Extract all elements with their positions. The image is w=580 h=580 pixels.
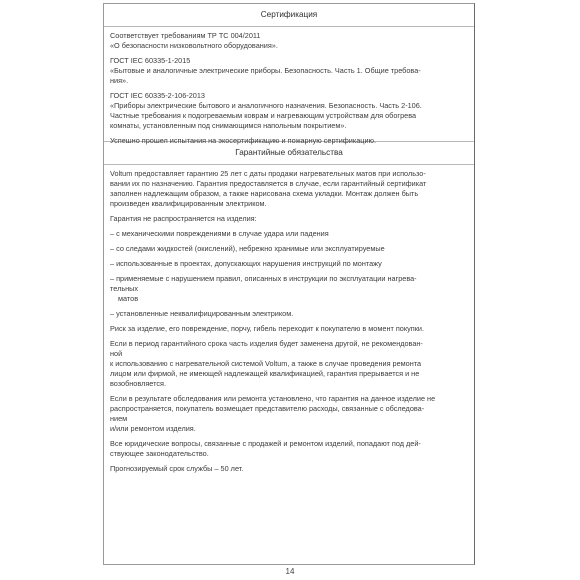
text-line: Если в период гарантийного срока часть и… — [110, 339, 468, 349]
text-line: ния». — [110, 76, 468, 86]
text-line: Частные требования к подогреваемым ковра… — [110, 111, 468, 121]
text-line: матов — [110, 294, 468, 304]
certification-heading: Сертификация — [104, 4, 474, 27]
text-line: возобновляется. — [110, 379, 468, 389]
exclusion-item: – со следами жидкостей (окислений), небр… — [110, 244, 468, 254]
exclusions-heading: Гарантия не распространяется на изделия: — [110, 214, 468, 224]
text-line: и/или ремонтом изделия. — [110, 424, 468, 434]
text-line: Все юридические вопросы, связанные с про… — [110, 439, 468, 449]
text-line: комнаты, установленным под снимающимся н… — [110, 121, 468, 131]
text-line: распространяется, покупатель возмещает п… — [110, 404, 468, 414]
exclusion-item: – с механическими повреждениями в случае… — [110, 229, 468, 239]
text-line: ГОСТ IEC 60335-1-2015 — [110, 56, 468, 66]
legal-paragraph: Все юридические вопросы, связанные с про… — [110, 439, 468, 459]
certification-body: Соответствует требованиям ТР ТС 004/2011… — [104, 27, 474, 141]
text-line: к использованию с нагревательной системо… — [110, 359, 468, 369]
text-line: Соответствует требованиям ТР ТС 004/2011 — [110, 31, 468, 41]
text-line: тельных — [110, 284, 468, 294]
warranty-intro: Voltum предоставляет гарантию 25 лет с д… — [110, 169, 468, 209]
exclusion-item: – применяемые с нарушением правил, описа… — [110, 274, 468, 304]
warranty-body: Voltum предоставляет гарантию 25 лет с д… — [104, 165, 474, 485]
text-line: Гарантия не распространяется на изделия: — [110, 214, 468, 224]
inspection-paragraph: Если в результате обследования или ремон… — [110, 394, 468, 434]
text-line: Прогнозируемый срок службы – 50 лет. — [110, 464, 468, 474]
replacement-paragraph: Если в период гарантийного срока часть и… — [110, 339, 468, 389]
text-line: лицом или фирмой, не имеющей надлежащей … — [110, 369, 468, 379]
text-line: произведен квалифицированным электриком. — [110, 199, 468, 209]
text-line: «Приборы электрические бытового и аналог… — [110, 101, 468, 111]
text-line: «Бытовые и аналогичные электрические при… — [110, 66, 468, 76]
risk-paragraph: Риск за изделие, его повреждение, порчу,… — [110, 324, 468, 334]
text-line: ной — [110, 349, 468, 359]
text-line: Voltum предоставляет гарантию 25 лет с д… — [110, 169, 468, 179]
text-line: – со следами жидкостей (окислений), небр… — [110, 244, 468, 254]
text-line: «О безопасности низковольтного оборудова… — [110, 41, 468, 51]
text-line: ГОСТ IEC 60335-2-106-2013 — [110, 91, 468, 101]
page-number: 14 — [0, 567, 580, 576]
text-line: – установленные неквалифицированным элек… — [110, 309, 468, 319]
text-line: Если в результате обследования или ремон… — [110, 394, 468, 404]
text-line: вании их по назначению. Гарантия предост… — [110, 179, 468, 189]
exclusion-item: – использованные в проектах, допускающих… — [110, 259, 468, 269]
document-frame: Сертификация Соответствует требованиям Т… — [103, 3, 475, 565]
text-line: – с механическими повреждениями в случае… — [110, 229, 468, 239]
text-line: нием — [110, 414, 468, 424]
cert-paragraph-gost-1: ГОСТ IEC 60335-1-2015 «Бытовые и аналоги… — [110, 56, 468, 86]
text-line: – применяемые с нарушением правил, описа… — [110, 274, 468, 284]
text-line: – использованные в проектах, допускающих… — [110, 259, 468, 269]
service-life-paragraph: Прогнозируемый срок службы – 50 лет. — [110, 464, 468, 474]
cert-paragraph-gost-2: ГОСТ IEC 60335-2-106-2013 «Приборы элект… — [110, 91, 468, 131]
text-line: заполнен надлежащим образом, а также нар… — [110, 189, 468, 199]
text-line: ствующее законодательство. — [110, 449, 468, 459]
cert-paragraph-tr-ts: Соответствует требованиям ТР ТС 004/2011… — [110, 31, 468, 51]
text-line: Риск за изделие, его повреждение, порчу,… — [110, 324, 468, 334]
exclusion-item: – установленные неквалифицированным элек… — [110, 309, 468, 319]
